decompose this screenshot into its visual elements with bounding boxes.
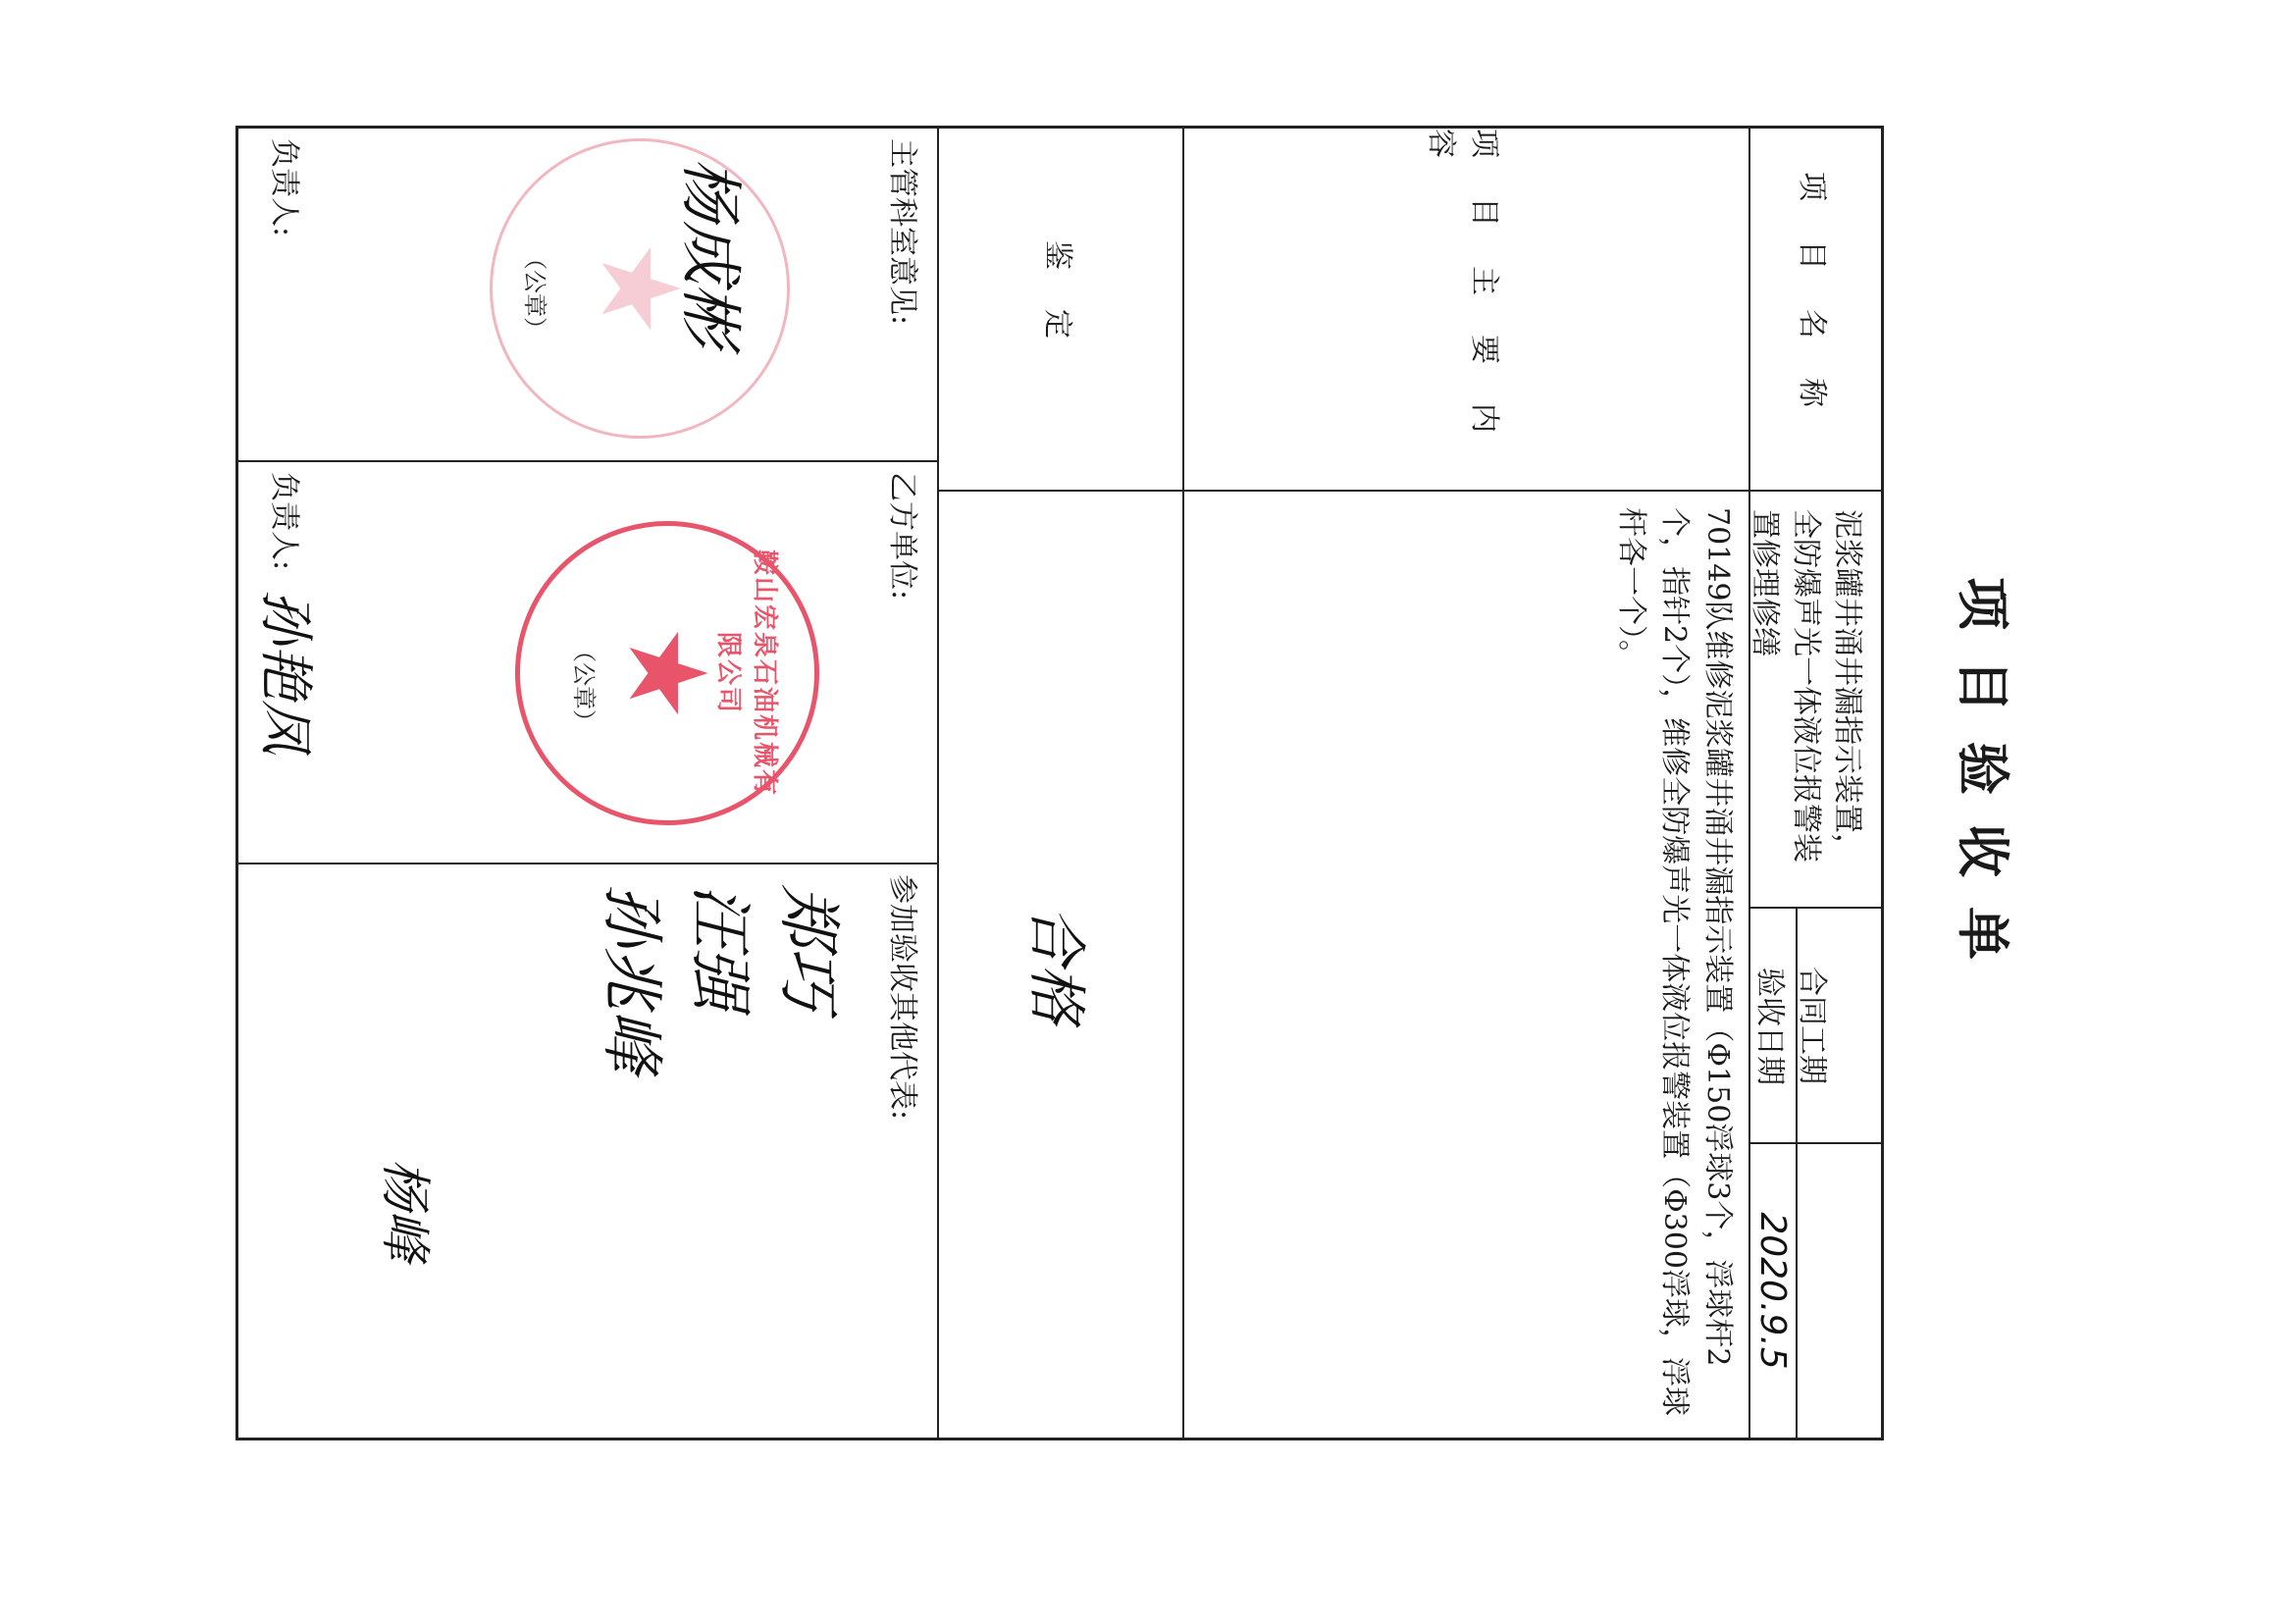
other-representatives-label: 参加验收其他代表: (884, 874, 927, 1120)
project-name-label: 项目名称 (1750, 129, 1881, 492)
representative-signature: 杨峰 (373, 1159, 446, 1261)
main-content-value: 70149队维修泥浆罐井涌井漏指示装置（Φ150浮球3个，浮球杆2个，指针2个）… (1184, 492, 1748, 1438)
stamp-star-icon: ★ (613, 625, 721, 722)
form-title: 项目验收单 (1913, 126, 2061, 1440)
contractor-seal-note: （公章） (569, 639, 603, 733)
department-signature: 杨成彬 (670, 158, 760, 346)
acceptance-date-label: 验收日期 (1748, 909, 1798, 1144)
section-department-opinion: 主管科室意见: ★ 杨成彬 （公章） 负责人: (238, 129, 937, 462)
row-main-content: 项目主要内容 70149队维修泥浆罐井涌井漏指示装置（Φ150浮球3个，浮球杆2… (1182, 129, 1748, 1438)
department-leader-label: 负责人: (266, 138, 309, 236)
form-table: 项目名称 泥浆罐井涌井漏指示装置，全防爆声光一体液位报警装置修理修缮 合同工期 … (235, 126, 1884, 1440)
department-seal-note: （公章） (520, 246, 554, 340)
contractor-label: 乙方单位: (884, 472, 927, 600)
appraisal-label: 鉴定 (939, 129, 1182, 492)
project-name-value: 泥浆罐井涌井漏指示装置，全防爆声光一体液位报警装置修理修缮 (1750, 492, 1881, 909)
main-content-label: 项目主要内容 (1184, 129, 1748, 492)
section-contractor: 乙方单位: ★ 鞍山宏泉石油机械有限公司 （公章） 负责人: 孙艳凤 (238, 462, 937, 864)
representative-signature: 郑巧 (768, 884, 859, 1010)
stamp-company-name: 鞍山宏泉石油机械有限公司 (712, 546, 785, 801)
acceptance-date-value: 2020.9.5 (1748, 1144, 1798, 1438)
section-other-representatives: 参加验收其他代表: 郑巧 汪强 孙兆峰 杨峰 (238, 864, 937, 1438)
row-signatures: 主管科室意见: ★ 杨成彬 （公章） 负责人: 乙方单位: ★ 鞍山宏泉石油机械… (238, 129, 937, 1438)
appraisal-value: 合格 (939, 492, 1182, 1438)
representative-signature: 汪强 (680, 884, 770, 1010)
contractor-stamp: ★ 鞍山宏泉石油机械有限公司 (515, 521, 819, 825)
department-opinion-label: 主管科室意见: (884, 138, 927, 325)
contractor-leader-label: 负责人: (266, 472, 309, 570)
row-appraisal: 鉴定 合格 (937, 129, 1182, 1438)
representative-signature: 孙兆峰 (592, 884, 682, 1073)
acceptance-form: 项目验收单 项目名称 泥浆罐井涌井漏指示装置，全防爆声光一体液位报警装置修理修缮… (235, 126, 2061, 1440)
contractor-signature: 孙艳凤 (250, 590, 329, 755)
